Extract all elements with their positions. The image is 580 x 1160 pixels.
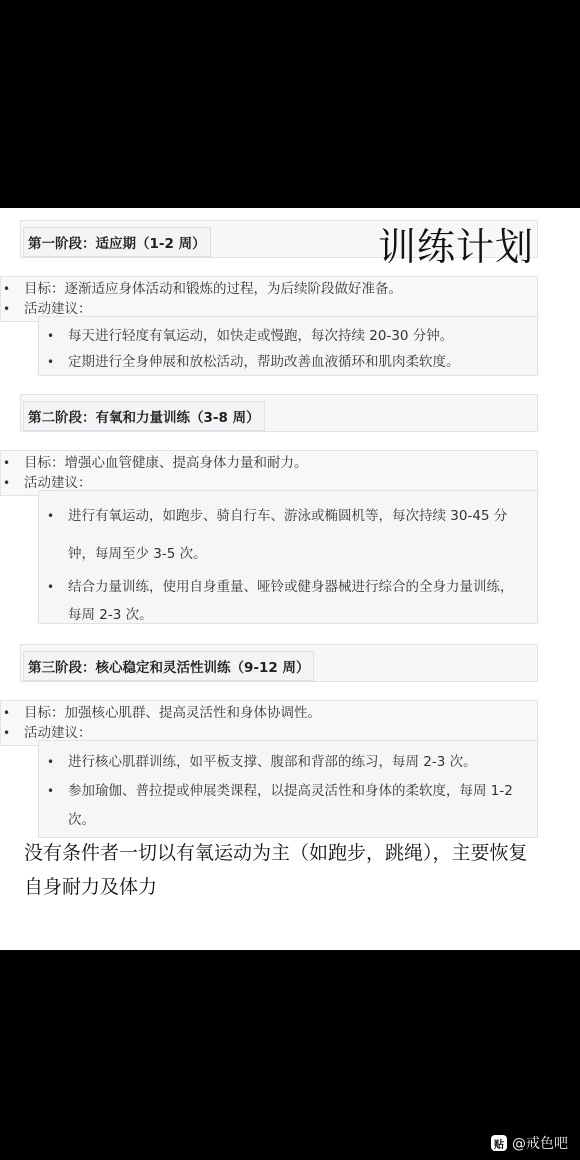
- phase-2-header: 第二阶段：有氧和力量训练（3-8 周）: [20, 394, 538, 432]
- tieba-logo-icon: 贴: [491, 1135, 507, 1151]
- bullet-icon: •: [3, 299, 10, 319]
- bullet-icon: •: [47, 747, 54, 777]
- bullet-icon: •: [3, 703, 10, 723]
- bullet-icon: •: [47, 497, 54, 535]
- phase-3-activities: •进行核心肌群训练，如平板支撑、腹部和背部的练习，每周 2-3 次。 •参加瑜伽…: [38, 740, 538, 838]
- bullet-icon: •: [47, 777, 54, 806]
- bullet-icon: •: [47, 323, 54, 349]
- phase-1-title: 第一阶段：适应期（1-2 周）: [23, 227, 211, 257]
- phase-3-goal: •目标：加强核心肌群、提高灵活性和身体协调性。: [1, 703, 537, 723]
- phase-2-title: 第二阶段：有氧和力量训练（3-8 周）: [23, 401, 265, 431]
- phase-1-activities: •每天进行轻度有氧运动，如快走或慢跑，每次持续 20-30 分钟。 •定期进行全…: [38, 316, 538, 376]
- bullet-icon: •: [3, 723, 10, 743]
- list-item: •参加瑜伽、普拉提或伸展类课程，以提高灵活性和身体的柔软度，每周 1-2 次。: [39, 777, 525, 835]
- list-item: •进行核心肌群训练，如平板支撑、腹部和背部的练习，每周 2-3 次。: [39, 747, 525, 777]
- watermark-handle: @戒色吧: [512, 1133, 568, 1153]
- list-item: •每天进行轻度有氧运动，如快走或慢跑，每次持续 20-30 分钟。: [39, 323, 537, 349]
- bullet-icon: •: [3, 473, 10, 493]
- phase-2-goal: •目标：增强心血管健康、提高身体力量和耐力。: [1, 453, 537, 473]
- bullet-icon: •: [3, 453, 10, 473]
- watermark: 贴 @戒色吧: [491, 1133, 568, 1153]
- list-item: •进行有氧运动，如跑步、骑自行车、游泳或椭圆机等，每次持续 30-45 分钟，每…: [39, 497, 525, 573]
- phase-1-goal: •目标：逐渐适应身体活动和锻炼的过程，为后续阶段做好准备。: [1, 279, 537, 299]
- bullet-icon: •: [3, 279, 10, 299]
- list-item: •定期进行全身伸展和放松活动，帮助改善血液循环和肌肉柔软度。: [39, 349, 537, 375]
- bullet-icon: •: [47, 349, 54, 375]
- page-title: 训练计划: [378, 216, 534, 271]
- list-item: •结合力量训练，使用自身重量、哑铃或健身器械进行综合的全身力量训练，每周 2-3…: [39, 573, 525, 629]
- bullet-icon: •: [47, 573, 54, 601]
- phase-2-activities: •进行有氧运动，如跑步、骑自行车、游泳或椭圆机等，每次持续 30-45 分钟，每…: [38, 490, 538, 624]
- note-text: 没有条件者一切以有氧运动为主（如跑步，跳绳），主要恢复自身耐力及体力: [24, 836, 544, 904]
- phase-3-title: 第三阶段：核心稳定和灵活性训练（9-12 周）: [23, 651, 314, 681]
- phase-3-header: 第三阶段：核心稳定和灵活性训练（9-12 周）: [20, 644, 538, 682]
